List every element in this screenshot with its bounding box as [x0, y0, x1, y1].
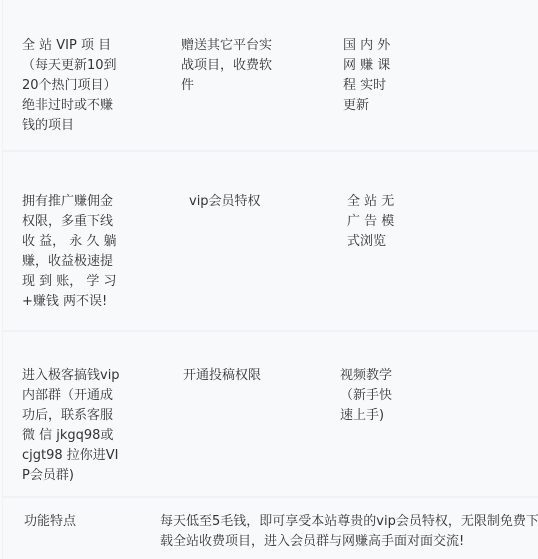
feature-summary-description: 每天低至5毛钱，即可享受本站尊贵的vip会员特权，无限制免费下载全站收费项目，进… — [160, 512, 538, 552]
feature-row: 全 站 VIP 项 目（每天更新10到20个热门项目）绝非过时或不赚钱的项目 赠… — [3, 0, 538, 152]
feature-cell-video-tutorial: 视频教学（新手快速上手) — [340, 366, 402, 426]
feature-cell-courses: 国 内 外网 赚 课程 实时更新 — [343, 36, 399, 116]
feature-row: 进入极客搞钱vip内部群（开通成功后，联系客服 微 信 jkgq98或 cjgt… — [3, 332, 538, 498]
feature-row: 拥有推广赚佣金权限，多重下线收 益， 永 久 躺赚，收益极速提现 到 账， 学 … — [3, 152, 538, 332]
feature-cell-submission: 开通投稿权限 — [183, 366, 283, 386]
feature-summary-row: 功能特点 每天低至5毛钱，即可享受本站尊贵的vip会员特权，无限制免费下载全站收… — [3, 498, 538, 559]
feature-cell-vip-projects: 全 站 VIP 项 目（每天更新10到20个热门项目）绝非过时或不赚钱的项目 — [22, 36, 122, 136]
vip-feature-table: 全 站 VIP 项 目（每天更新10到20个热门项目）绝非过时或不赚钱的项目 赠… — [2, 0, 538, 559]
feature-cell-vip-privilege: vip会员特权 — [189, 192, 289, 212]
feature-cell-vip-group: 进入极客搞钱vip内部群（开通成功后，联系客服 微 信 jkgq98或 cjgt… — [22, 366, 122, 486]
feature-cell-affiliate: 拥有推广赚佣金权限，多重下线收 益， 永 久 躺赚，收益极速提现 到 账， 学 … — [22, 192, 122, 312]
feature-summary-label: 功能特点 — [24, 512, 124, 532]
feature-cell-bonus-projects: 赠送其它平台实战项目，收费软件 — [181, 36, 273, 96]
feature-cell-ad-free: 全 站 无广 告 模式浏览 — [347, 192, 403, 252]
